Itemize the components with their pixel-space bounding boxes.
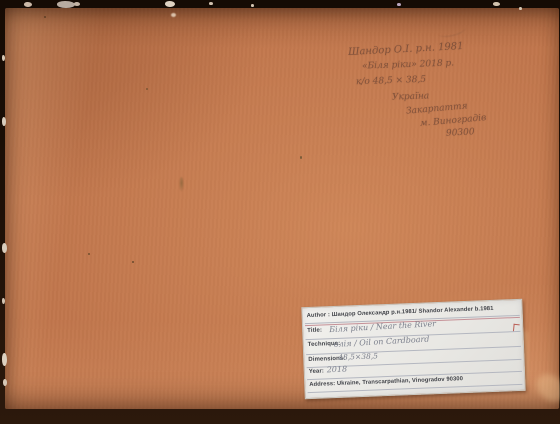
inscription-line-postcode: 90300 (446, 127, 475, 138)
inscription-line-dimensions: к/о 48,5 × 38,5 (356, 75, 426, 87)
edge-chip (2, 117, 6, 126)
light-spot (171, 13, 176, 17)
paint-chip (493, 2, 500, 6)
faint-pencil-scribble (437, 23, 467, 39)
paint-chip (209, 2, 213, 5)
edge-chip (2, 243, 7, 253)
paint-chip (251, 4, 254, 7)
stain-speck (88, 253, 90, 255)
label-title-field: Title: (307, 327, 322, 334)
paint-chip (519, 7, 522, 10)
inscription-line-region: Закарпаття (406, 101, 468, 116)
paint-chip (57, 1, 75, 8)
paint-chip (165, 1, 175, 7)
corner-scuff-mark (531, 369, 560, 408)
paint-chip (74, 2, 80, 6)
inscription-line-artist: Шандор О.І. р.н. 1981 (348, 41, 464, 58)
inscription-line-title-year: «Біля ріки» 2018 р. (362, 58, 454, 71)
edge-chip (3, 379, 7, 386)
label-year-handwriting: 2018 (327, 365, 348, 375)
painting-back-cardboard: Шандор О.І. р.н. 1981 «Біля ріки» 2018 р… (5, 8, 559, 409)
stain-speck (44, 16, 46, 18)
edge-chip (2, 55, 5, 61)
stain-smudge (179, 177, 184, 192)
label-dimensions-handwriting: 48,5×38,5 (338, 351, 378, 362)
edge-chip (2, 353, 7, 366)
gallery-label: Author : Шандор Олександр р.н.1981/ Shan… (301, 299, 525, 399)
paint-chip (24, 2, 32, 7)
inscription-line-city: м. Виноградів (420, 113, 487, 129)
edge-chip (2, 298, 5, 304)
label-year-field: Year: (309, 368, 324, 375)
stain-speck (146, 88, 148, 90)
stain-speck (132, 261, 134, 263)
paint-chip (397, 3, 401, 6)
stain-speck (300, 156, 302, 159)
inscription-line-country: Україна (392, 91, 430, 102)
